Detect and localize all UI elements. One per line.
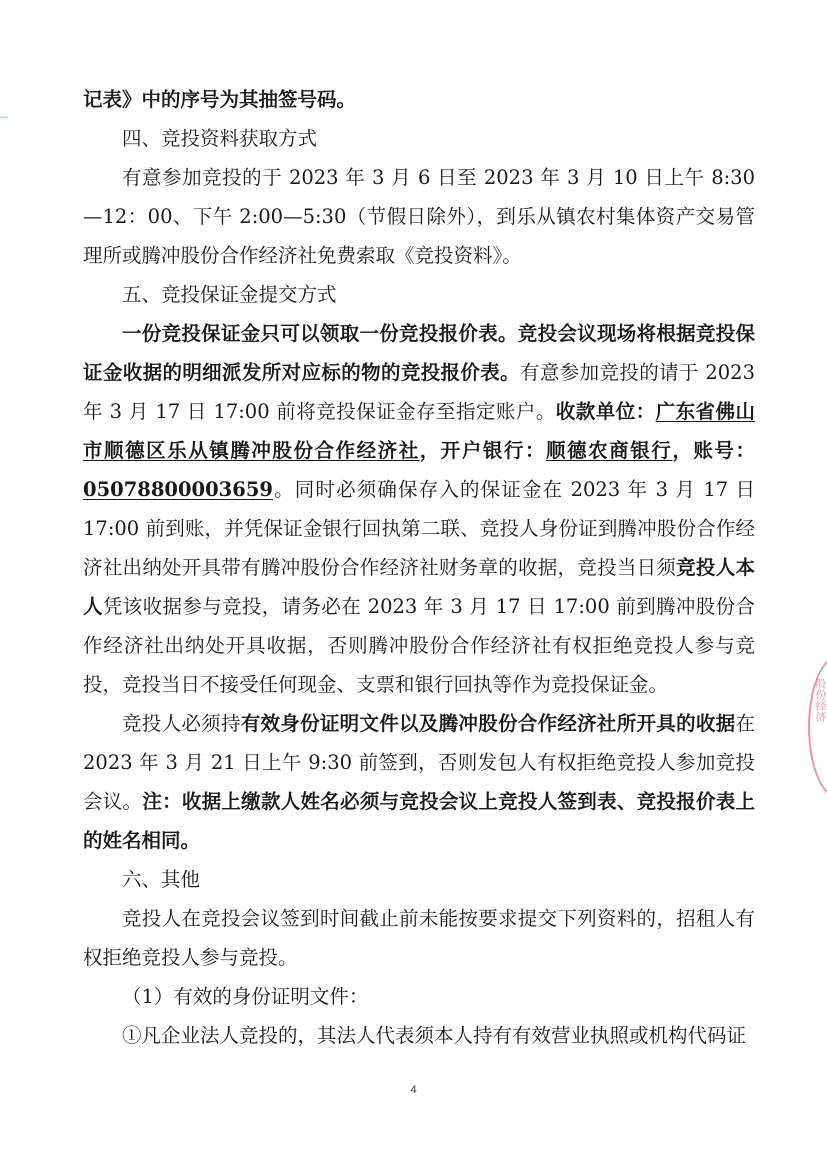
section-heading-5: 五、竞投保证金提交方式: [83, 275, 755, 314]
scan-artifact: [0, 116, 8, 118]
section-heading-6: 六、其他: [83, 860, 755, 899]
text-run: 05078800003659: [83, 478, 273, 501]
text-run: 记表》中的序号为其抽签号码。: [83, 88, 356, 111]
text-run: 五、竞投保证金提交方式: [122, 283, 337, 306]
text-run: 顺德农商银行: [546, 439, 672, 462]
paragraph-materials-acquisition: 有意参加竞投的于 2023 年 3 月 6 日至 2023 年 3 月 10 日…: [83, 158, 755, 275]
text-run: （1）有效的身份证明文件：: [122, 985, 368, 1008]
text-run: ，开户银行：: [420, 439, 546, 462]
text-run: 竞投人必须持: [122, 712, 241, 735]
list-item-corporate-bidder: ①凡企业法人竞投的，其法人代表须本人持有有效营业执照或机构代码证: [83, 1016, 755, 1055]
page-number: 4: [0, 1084, 827, 1096]
paragraph-signin-requirements: 竞投人必须持有效身份证明文件以及腾冲股份合作经济社所开具的收据在 2023 年 …: [83, 704, 755, 860]
list-item-valid-id: （1）有效的身份证明文件：: [83, 977, 755, 1016]
document-page: 记表》中的序号为其抽签号码。 四、竞投资料获取方式 有意参加竞投的于 2023 …: [83, 80, 755, 1055]
official-seal-stamp: [808, 655, 827, 799]
text-run: 凭该收据参与竞投，请务必在 2023 年 3 月 17 日 17:00 前到腾冲…: [83, 595, 755, 696]
paragraph-continuation: 记表》中的序号为其抽签号码。: [83, 80, 755, 119]
paragraph-deposit-submission: 一份竞投保证金只可以领取一份竞投报价表。竞投会议现场将根据竞投保证金收据的明细派…: [83, 314, 755, 704]
text-run: 收款单位：: [556, 400, 656, 423]
text-run: 竞投人在竞投会议签到时间截止前未能按要求提交下列资料的，招租人有权拒绝竞投人参与…: [83, 907, 755, 969]
text-run: 有意参加竞投的于 2023 年 3 月 6 日至 2023 年 3 月 10 日…: [83, 166, 755, 267]
text-run: ①凡企业法人竞投的，其法人代表须本人持有有效营业执照或机构代码证: [122, 1024, 746, 1047]
paragraph-other-rules: 竞投人在竞投会议签到时间截止前未能按要求提交下列资料的，招租人有权拒绝竞投人参与…: [83, 899, 755, 977]
text-run: 有效身份证明文件以及腾冲股份合作经济社所开具的收据: [241, 712, 736, 735]
text-run: ，账号：: [672, 439, 755, 462]
seal-text: 股份经济: [812, 678, 826, 722]
text-run: 六、其他: [122, 868, 200, 891]
section-heading-4: 四、竞投资料获取方式: [83, 119, 755, 158]
text-run: 注：收据上缴款人姓名必须与竞投会议上竞投人签到表、竞投报价表上的姓名相同。: [83, 790, 755, 852]
text-run: 四、竞投资料获取方式: [122, 127, 317, 150]
